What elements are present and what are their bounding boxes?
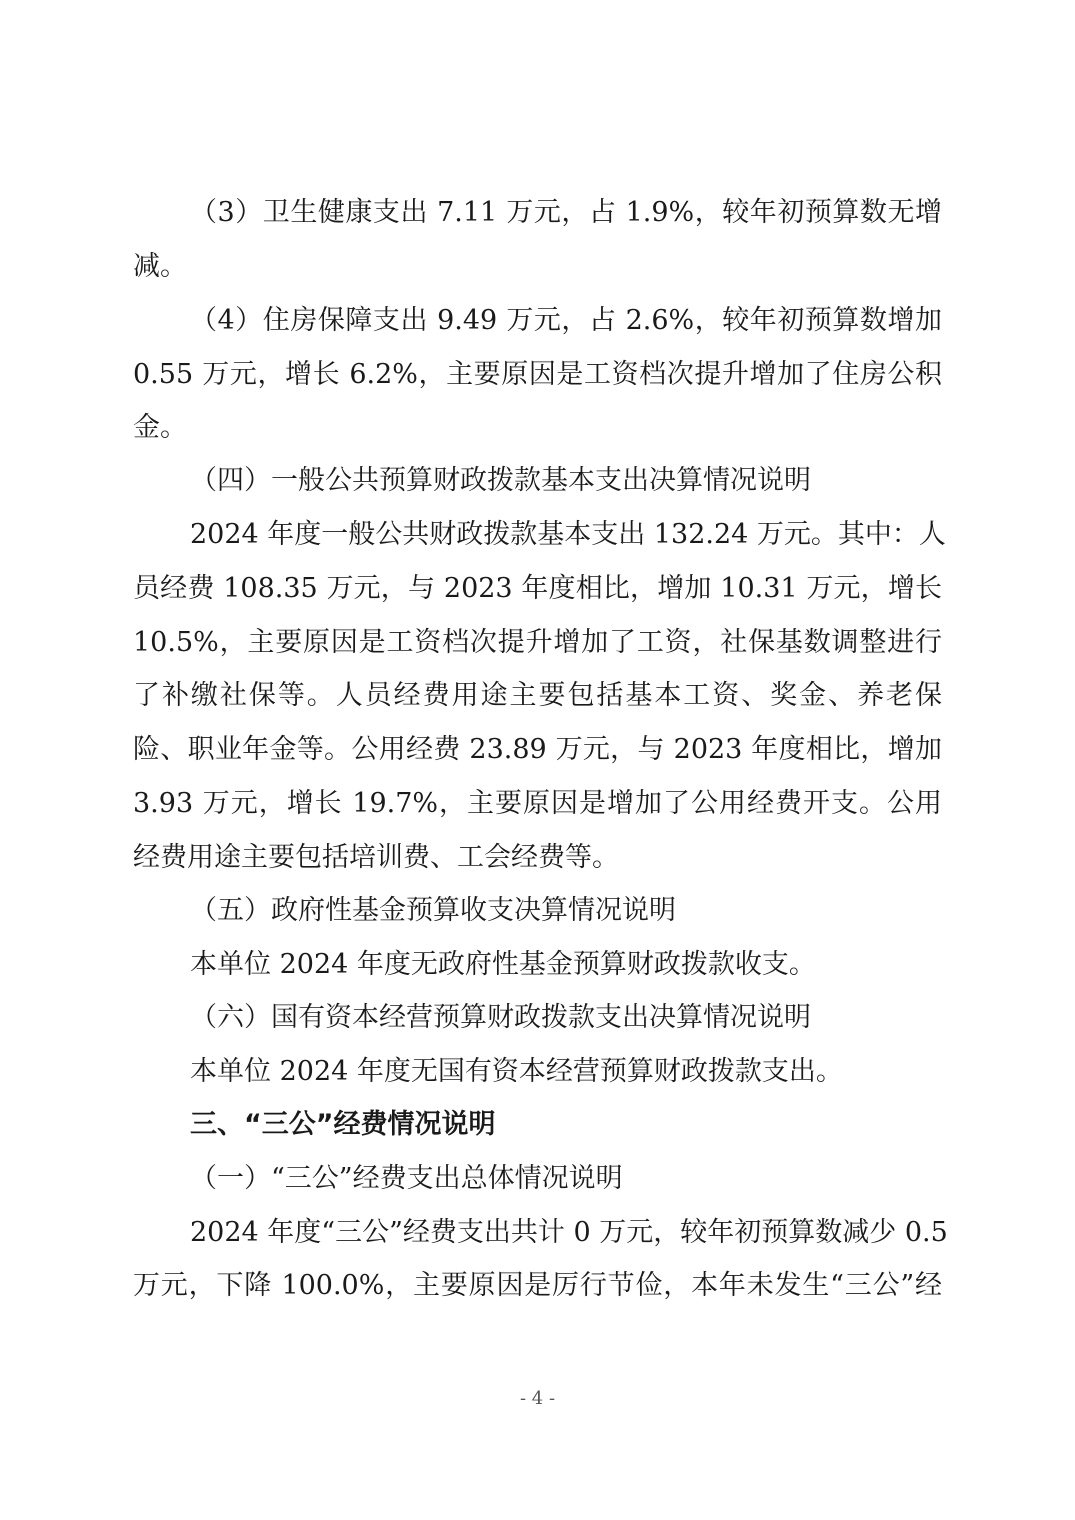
paragraph-line: （4）住房保障支出 9.49 万元，占 2.6%，较年初预算数增加 <box>0 301 1075 341</box>
section-heading: （六）国有资本经营预算财政拨款支出决算情况说明 <box>0 998 1075 1038</box>
section-heading: （四）一般公共预算财政拨款基本支出决算情况说明 <box>0 461 1075 501</box>
paragraph-line: 险、职业年金等。公用经费 23.89 万元，与 2023 年度相比，增加 <box>0 730 1075 770</box>
paragraph-line: （3）卫生健康支出 7.11 万元，占 1.9%，较年初预算数无增 <box>0 193 1075 233</box>
paragraph-line: 2024 年度一般公共财政拨款基本支出 132.24 万元。其中：人 <box>0 515 1075 555</box>
paragraph-line: 万元，下降 100.0%，主要原因是厉行节俭，本年未发生“三公”经 <box>0 1266 1075 1306</box>
section-heading: （一）“三公”经费支出总体情况说明 <box>0 1159 1075 1199</box>
paragraph-line: 0.55 万元，增长 6.2%，主要原因是工资档次提升增加了住房公积 <box>0 355 1075 395</box>
paragraph-line: 员经费 108.35 万元，与 2023 年度相比，增加 10.31 万元，增长 <box>0 569 1075 609</box>
paragraph-line: 10.5%，主要原因是工资档次提升增加了工资，社保基数调整进行 <box>0 623 1075 663</box>
chapter-heading: 三、“三公”经费情况说明 <box>0 1105 1075 1145</box>
paragraph-line: 2024 年度“三公”经费支出共计 0 万元，较年初预算数减少 0.5 <box>0 1213 1075 1253</box>
page-number: - 4 - <box>0 1388 1075 1409</box>
paragraph-line: 经费用途主要包括培训费、工会经费等。 <box>0 838 1075 878</box>
paragraph-line: 本单位 2024 年度无政府性基金预算财政拨款收支。 <box>0 945 1075 985</box>
section-heading: （五）政府性基金预算收支决算情况说明 <box>0 891 1075 931</box>
paragraph-line: 金。 <box>0 408 1075 448</box>
paragraph-line: 减。 <box>0 247 1075 287</box>
paragraph-line: 本单位 2024 年度无国有资本经营预算财政拨款支出。 <box>0 1052 1075 1092</box>
paragraph-line: 了补缴社保等。人员经费用途主要包括基本工资、奖金、养老保 <box>0 676 1075 716</box>
paragraph-line: 3.93 万元，增长 19.7%，主要原因是增加了公用经费开支。公用 <box>0 784 1075 824</box>
